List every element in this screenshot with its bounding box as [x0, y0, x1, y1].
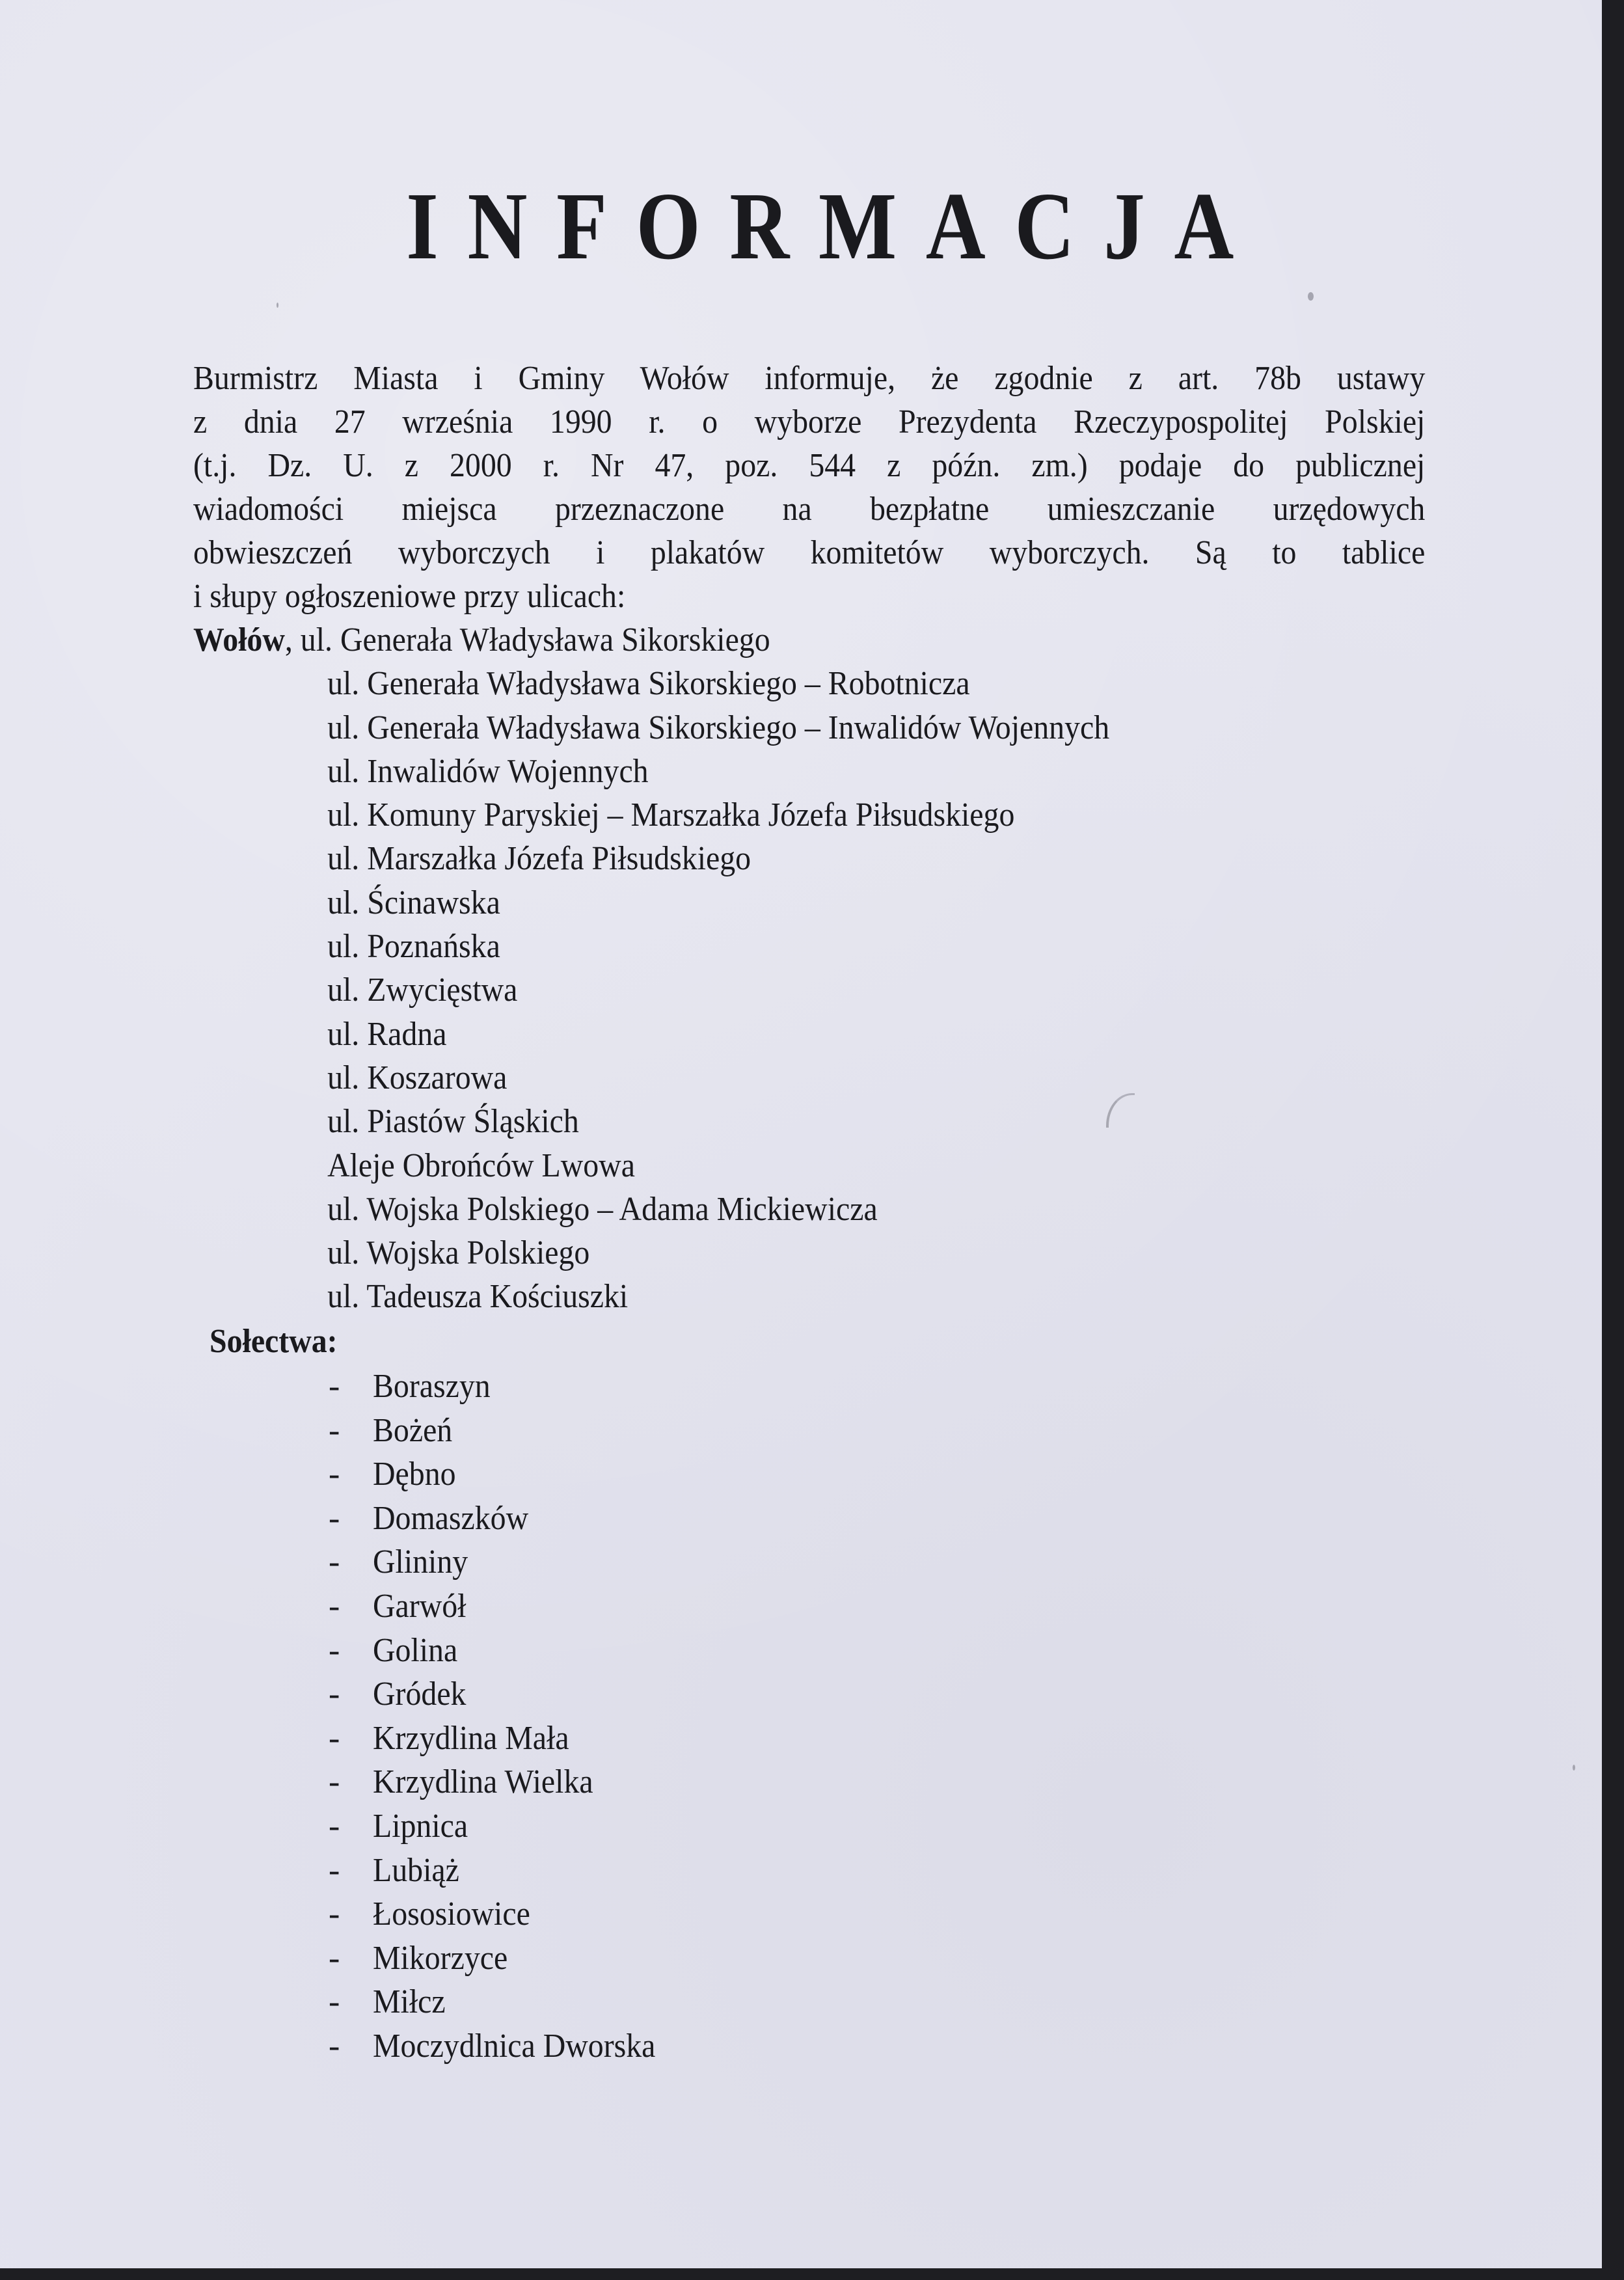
scan-scratch	[1106, 1093, 1135, 1128]
village-name: Dębno	[373, 1452, 456, 1497]
bullet-dash: -	[329, 1584, 340, 1629]
bullet-dash: -	[329, 1717, 340, 1761]
bullet-dash: -	[329, 1540, 340, 1584]
street-item: ul. Generała Władysława Sikorskiego – In…	[193, 706, 1109, 750]
village-name: Moczydlnica Dworska	[373, 2024, 655, 2069]
street-item: ul. Radna	[193, 1012, 1109, 1056]
bullet-dash: -	[329, 1452, 340, 1497]
scan-speck	[1573, 1765, 1575, 1771]
bullet-dash: -	[329, 1672, 340, 1717]
bullet-dash: -	[329, 1936, 340, 1981]
street-item: ul. Koszarowa	[193, 1056, 1109, 1100]
scanned-page: INFORMACJA Burmistrz Miasta i Gminy Wołó…	[0, 0, 1602, 2268]
street-item: ul. Piastów Śląskich	[193, 1100, 1109, 1143]
village-name: Boraszyn	[373, 1364, 491, 1409]
village-name: Bożeń	[373, 1409, 452, 1453]
bullet-dash: -	[329, 1892, 340, 1936]
scan-speck	[277, 303, 278, 308]
bullet-dash: -	[329, 1364, 340, 1409]
bullet-dash: -	[329, 1497, 340, 1541]
street-item: ul. Inwalidów Wojennych	[193, 750, 1109, 793]
intro-line: wiadomości miejsca przeznaczone na bezpł…	[193, 487, 1425, 531]
village-name: Krzydlina Mała	[373, 1717, 569, 1761]
bullet-dash: -	[329, 1760, 340, 1804]
village-name: Gródek	[373, 1672, 466, 1717]
street-item: ul. Komuny Paryskiej – Marszałka Józefa …	[193, 793, 1109, 837]
street-item: ul. Marszałka Józefa Piłsudskiego	[193, 837, 1109, 880]
village-name: Lubiąż	[373, 1849, 459, 1893]
village-name: Golina	[373, 1629, 457, 1673]
street-item: ul. Zwycięstwa	[193, 968, 1109, 1012]
bullet-dash: -	[329, 1849, 340, 1893]
villages-heading: Sołectwa:	[210, 1320, 338, 1363]
village-name: Glininy	[373, 1540, 468, 1584]
intro-line: (t.j. Dz. U. z 2000 r. Nr 47, poz. 544 z…	[193, 444, 1425, 487]
intro-line: obwieszczeń wyborczych i plakatów komite…	[193, 531, 1425, 575]
street-item: Aleje Obrońców Lwowa	[193, 1144, 1109, 1187]
street-item: , ul. Generała Władysława Sikorskiego	[285, 621, 770, 658]
street-item: ul. Generała Władysława Sikorskiego – Ro…	[193, 662, 1109, 705]
document-title: INFORMACJA	[114, 174, 1533, 278]
town-row: Wołów, ul. Generała Władysława Sikorskie…	[193, 618, 1109, 662]
scan-speck	[1308, 292, 1314, 301]
intro-paragraph: Burmistrz Miasta i Gminy Wołów informuje…	[193, 357, 1425, 618]
street-item: ul. Tadeusza Kościuszki	[193, 1275, 1109, 1318]
street-list: Wołów, ul. Generała Władysława Sikorskie…	[193, 618, 1109, 1319]
bullet-dash: -	[329, 1409, 340, 1453]
village-name: Domaszków	[373, 1497, 528, 1541]
village-name: Garwół	[373, 1584, 466, 1629]
street-item: ul. Poznańska	[193, 925, 1109, 968]
street-item: ul. Wojska Polskiego	[193, 1231, 1109, 1275]
village-name: Miłcz	[373, 1980, 446, 2024]
intro-line: z dnia 27 września 1990 r. o wyborze Pre…	[193, 400, 1425, 444]
bullet-dash: -	[329, 1804, 340, 1849]
village-name: Łososiowice	[373, 1892, 530, 1936]
village-name: Mikorzyce	[373, 1936, 507, 1981]
village-name: Lipnica	[373, 1804, 468, 1849]
village-name: Krzydlina Wielka	[373, 1760, 593, 1804]
intro-line: i słupy ogłoszeniowe przy ulicach:	[193, 575, 1425, 618]
bullet-dash: -	[329, 2024, 340, 2069]
bullet-dash: -	[329, 1629, 340, 1673]
bullet-dash: -	[329, 1980, 340, 2024]
intro-line: Burmistrz Miasta i Gminy Wołów informuje…	[193, 357, 1425, 400]
street-item: ul. Ścinawska	[193, 881, 1109, 925]
street-item: ul. Wojska Polskiego – Adama Mickiewicza	[193, 1187, 1109, 1231]
town-name: Wołów	[193, 621, 285, 658]
